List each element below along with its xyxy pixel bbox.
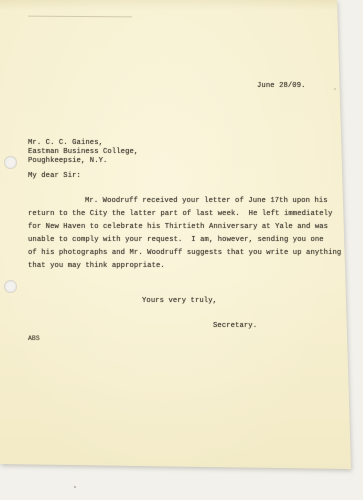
punch-hole-top [4, 156, 17, 169]
date-line: June 28/09. [257, 82, 306, 91]
dust-speck [74, 486, 76, 488]
signature-title: Secretary. [213, 322, 257, 331]
typist-initials: ABS [28, 334, 40, 343]
body-line: for New Haven to celebrate his Thirtieth… [28, 223, 328, 232]
letter-paper: June 28/09. Mr. C. C. Gaines, Eastman Bu… [0, 0, 363, 500]
paper-top-crease [28, 16, 132, 18]
body-line: return to the City the latter part of la… [28, 210, 333, 219]
letter-paper-shadow: June 28/09. Mr. C. C. Gaines, Eastman Bu… [0, 0, 363, 500]
body-line: of his photographs and Mr. Woodruff sugg… [28, 249, 341, 258]
salutation: My dear Sir: [28, 172, 81, 181]
recipient-institution: Eastman Business College, [28, 148, 138, 157]
recipient-name: Mr. C. C. Gaines, [28, 139, 103, 148]
punch-hole-bottom [4, 280, 17, 293]
body-line: unable to comply with your request. I am… [28, 236, 324, 245]
body-line: Mr. Woodruff received your letter of Jun… [85, 197, 328, 206]
body-line: that you may think appropriate. [28, 262, 165, 271]
dust-speck [334, 88, 336, 90]
scanned-letter-page: June 28/09. Mr. C. C. Gaines, Eastman Bu… [0, 0, 363, 500]
closing: Yours very truly, [142, 297, 217, 306]
recipient-city: Poughkeepsie, N.Y. [28, 157, 107, 166]
